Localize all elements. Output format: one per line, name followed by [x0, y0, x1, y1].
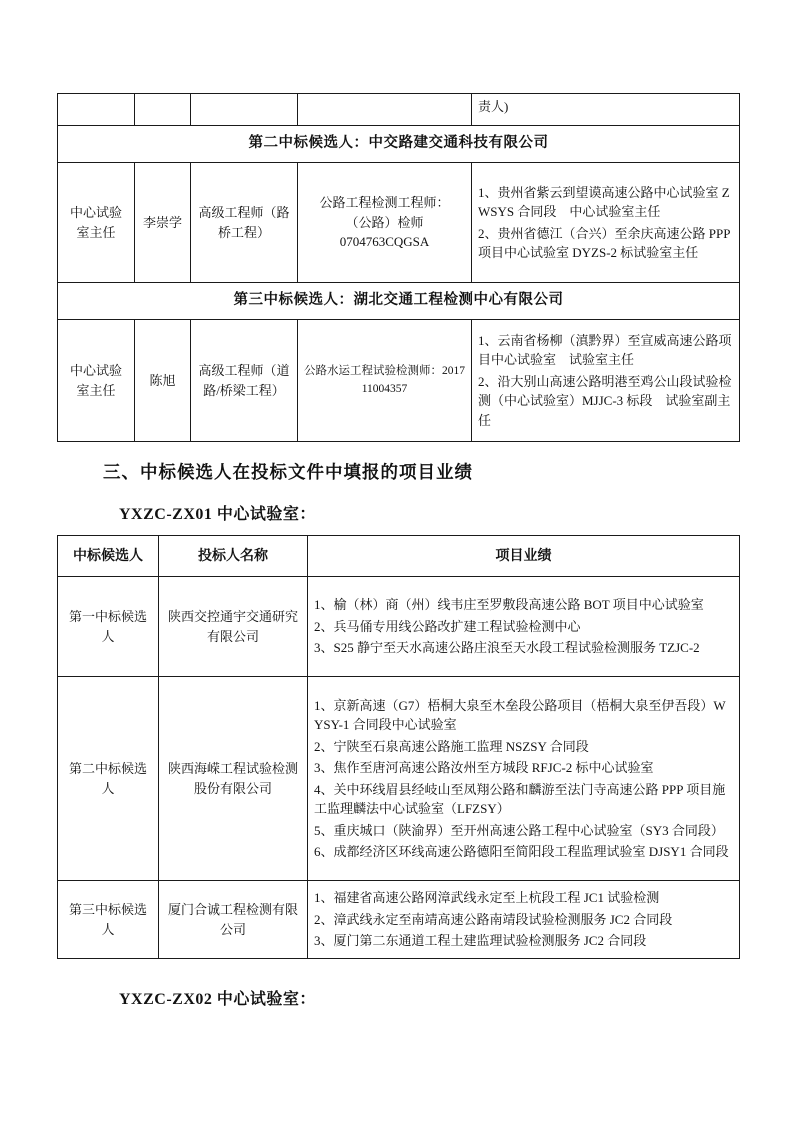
second-candidate-banner: 第二中标候选人：中交路建交通科技有限公司: [58, 126, 740, 163]
achievement-item: 4、关中环线眉县经岐山至凤翔公路和麟游至法门寺高速公路 PPP 项目施工监理麟法…: [314, 780, 733, 819]
table-row-continuation: 责人): [58, 94, 740, 126]
certificate-cell: 公路水运工程试验检测师：201711004357: [298, 320, 472, 442]
achievement-item: 1、京新高速（G7）梧桐大泉至木垒段公路项目（梧桐大泉至伊吾段）WYSY-1 合…: [314, 696, 733, 735]
table-row-third-candidate: 第三中标候选人 厦门合诚工程检测有限公司 1、福建省高速公路网漳武线永定至上杭段…: [58, 881, 740, 959]
achievement-item: 2、漳武线永定至南靖高速公路南靖段试验检测服务 JC2 合同段: [314, 910, 733, 930]
empty-cell: [58, 94, 135, 126]
continuation-text-cell: 责人): [472, 94, 740, 126]
achievements-cell: 1、云南省杨柳（滇黔界）至宣威高速公路项目中心试验室 试验室主任 2、沿大别山高…: [472, 320, 740, 442]
achievement-item: 5、重庆城口（陕渝界）至开州高速公路工程中心试验室（SY3 合同段）: [314, 821, 733, 841]
section-heading: 三、中标候选人在投标文件中填报的项目业绩: [103, 459, 739, 484]
candidate-cell: 第一中标候选人: [58, 577, 159, 677]
achievements-table-header-row: 中标候选人 投标人名称 项目业绩: [58, 536, 740, 577]
achievement-item: 6、成都经济区环线高速公路德阳至简阳段工程监理试验室 DJSY1 合同段: [314, 842, 733, 862]
personnel-table: 责人) 第二中标候选人：中交路建交通科技有限公司 中心试验室主任 李崇学 高级工…: [57, 93, 740, 442]
position-cell: 中心试验室主任: [58, 320, 135, 442]
achievement-item: 3、厦门第二东通道工程土建监理试验检测服务 JC2 合同段: [314, 931, 733, 951]
table-row-chen-xu: 中心试验室主任 陈旭 高级工程师（道路/桥梁工程） 公路水运工程试验检测师：20…: [58, 320, 740, 442]
empty-cell: [298, 94, 472, 126]
bidder-cell: 厦门合诚工程检测有限公司: [159, 881, 308, 959]
header-achievements: 项目业绩: [308, 536, 740, 577]
subheading-zx02: YXZC-ZX02 中心试验室：: [119, 986, 739, 1009]
second-candidate-banner-row: 第二中标候选人：中交路建交通科技有限公司: [58, 126, 740, 163]
header-candidate: 中标候选人: [58, 536, 159, 577]
achievement-item: 1、榆（林）商（州）线韦庄至罗敷段高速公路 BOT 项目中心试验室: [314, 595, 733, 615]
title-cell: 高级工程师（道路/桥梁工程）: [191, 320, 298, 442]
achievement-item: 1、云南省杨柳（滇黔界）至宣威高速公路项目中心试验室 试验室主任: [478, 331, 733, 370]
achievement-item: 1、福建省高速公路网漳武线永定至上杭段工程 JC1 试验检测: [314, 888, 733, 908]
achievement-item: 2、宁陕至石泉高速公路施工监理 NSZSY 合同段: [314, 737, 733, 757]
document-content: 责人) 第二中标候选人：中交路建交通科技有限公司 中心试验室主任 李崇学 高级工…: [57, 0, 739, 1020]
achievements-cell: 1、榆（林）商（州）线韦庄至罗敷段高速公路 BOT 项目中心试验室 2、兵马俑专…: [308, 577, 740, 677]
certificate-cell: 公路工程检测工程师： （公路）检师 0704763CQGSA: [298, 163, 472, 283]
name-cell: 陈旭: [135, 320, 191, 442]
subheading-zx01: YXZC-ZX01 中心试验室：: [119, 501, 739, 524]
achievements-cell: 1、福建省高速公路网漳武线永定至上杭段工程 JC1 试验检测 2、漳武线永定至南…: [308, 881, 740, 959]
document-page: 责人) 第二中标候选人：中交路建交通科技有限公司 中心试验室主任 李崇学 高级工…: [0, 0, 793, 1122]
position-cell: 中心试验室主任: [58, 163, 135, 283]
candidate-cell: 第二中标候选人: [58, 677, 159, 881]
title-cell: 高级工程师（路桥工程）: [191, 163, 298, 283]
header-bidder: 投标人名称: [159, 536, 308, 577]
bidder-cell: 陕西交控通宇交通研究有限公司: [159, 577, 308, 677]
achievement-item: 3、S25 静宁至天水高速公路庄浪至天水段工程试验检测服务 TZJC-2: [314, 638, 733, 658]
achievements-cell: 1、京新高速（G7）梧桐大泉至木垒段公路项目（梧桐大泉至伊吾段）WYSY-1 合…: [308, 677, 740, 881]
table-row-li-chongxue: 中心试验室主任 李崇学 高级工程师（路桥工程） 公路工程检测工程师： （公路）检…: [58, 163, 740, 283]
third-candidate-banner-row: 第三中标候选人：湖北交通工程检测中心有限公司: [58, 283, 740, 320]
third-candidate-banner: 第三中标候选人：湖北交通工程检测中心有限公司: [58, 283, 740, 320]
name-cell: 李崇学: [135, 163, 191, 283]
achievements-table: 中标候选人 投标人名称 项目业绩 第一中标候选人 陕西交控通宇交通研究有限公司 …: [57, 535, 740, 959]
bidder-cell: 陕西海嵘工程试验检测股份有限公司: [159, 677, 308, 881]
achievement-item: 3、焦作至唐河高速公路汝州至方城段 RFJC-2 标中心试验室: [314, 758, 733, 778]
table-row-second-candidate: 第二中标候选人 陕西海嵘工程试验检测股份有限公司 1、京新高速（G7）梧桐大泉至…: [58, 677, 740, 881]
achievement-item: 2、贵州省德江（合兴）至余庆高速公路 PPP 项目中心试验室 DYZS-2 标试…: [478, 224, 733, 263]
achievements-cell: 1、贵州省紫云到望谟高速公路中心试验室 ZWSYS 合同段 中心试验室主任 2、…: [472, 163, 740, 283]
achievement-item: 2、兵马俑专用线公路改扩建工程试验检测中心: [314, 617, 733, 637]
candidate-cell: 第三中标候选人: [58, 881, 159, 959]
achievement-item: 2、沿大别山高速公路明港至鸡公山段试验检测（中心试验室）MJJC-3 标段 试验…: [478, 372, 733, 431]
empty-cell: [191, 94, 298, 126]
achievement-item: 1、贵州省紫云到望谟高速公路中心试验室 ZWSYS 合同段 中心试验室主任: [478, 183, 733, 222]
table-row-first-candidate: 第一中标候选人 陕西交控通宇交通研究有限公司 1、榆（林）商（州）线韦庄至罗敷段…: [58, 577, 740, 677]
empty-cell: [135, 94, 191, 126]
